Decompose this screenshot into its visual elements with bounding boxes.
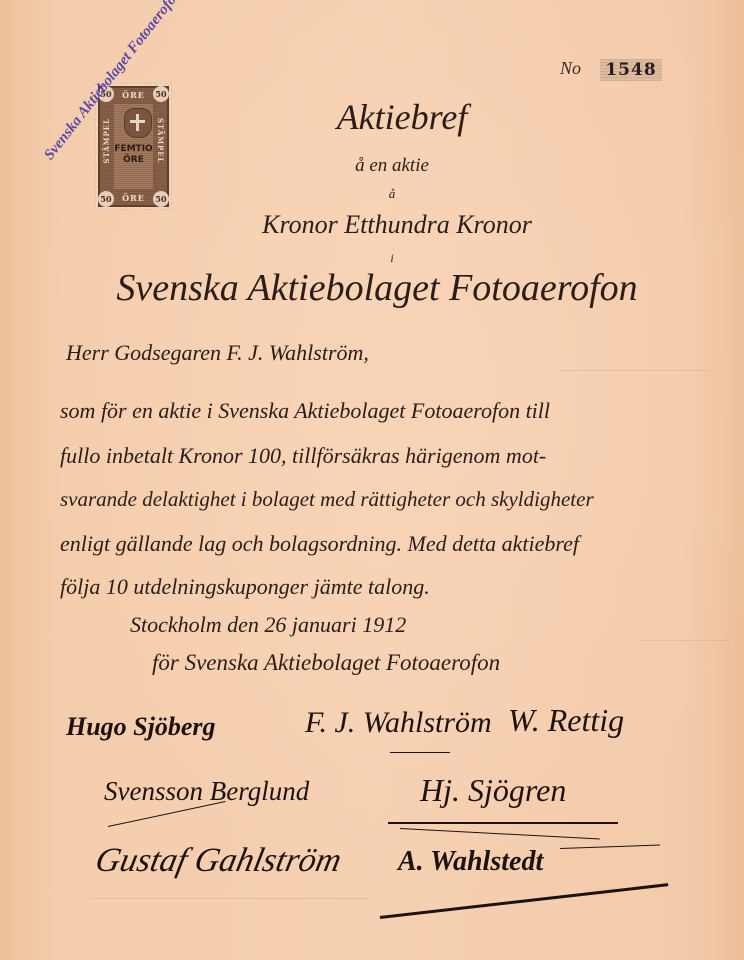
amount-line: Kronor Etthundra Kronor xyxy=(0,210,744,240)
place-and-date: Stockholm den 26 januari 1912 xyxy=(130,612,406,638)
share-certificate: No 1548 50 50 50 50 ÖRE ÖRE STÄMPEL STÄM… xyxy=(0,0,744,960)
signature-flourish xyxy=(560,845,660,849)
signature: F. J. Wahlström xyxy=(305,706,492,740)
body-line: fullo inbetalt Kronor 100, tillförsäkras… xyxy=(60,443,546,469)
faint-rule xyxy=(560,370,710,371)
certificate-number: 1548 xyxy=(600,59,662,81)
body-line: som för en aktie i Svenska Aktiebolaget … xyxy=(60,398,550,424)
faint-rule xyxy=(640,640,730,641)
signature: Hugo Sjöberg xyxy=(66,712,216,742)
signature-underline xyxy=(388,822,618,824)
signature-rule xyxy=(90,898,370,899)
signature: Gustaf Gahlström xyxy=(92,842,345,880)
connector-i: i xyxy=(0,251,744,266)
signature: A. Wahlstedt xyxy=(398,846,543,878)
addressee: Herr Godsegaren F. J. Wahlström, xyxy=(66,340,369,366)
signature: W. Rettig xyxy=(508,702,624,739)
signature-underline xyxy=(380,883,668,919)
signature-flourish xyxy=(390,752,450,753)
document-title: Aktiebref xyxy=(0,96,744,138)
subtitle-share: å en aktie xyxy=(0,155,744,177)
on-behalf-of: för Svenska Aktiebolaget Fotoaerofon xyxy=(152,650,500,676)
signature: Svensson Berglund xyxy=(104,776,309,807)
body-line: följa 10 utdelningskuponger jämte talong… xyxy=(60,574,430,600)
company-name: Svenska Aktiebolaget Fotoaerofon xyxy=(0,266,744,310)
body-line: enligt gällande lag och bolagsordning. M… xyxy=(60,531,579,557)
number-label: No xyxy=(560,58,581,79)
signature-underline xyxy=(400,828,600,839)
subtitle-at: å xyxy=(0,186,744,202)
body-line: svarande delaktighet i bolaget med rätti… xyxy=(60,487,594,512)
signature: Hj. Sjögren xyxy=(420,772,566,809)
stamp-value-line-1: FEMTIO xyxy=(100,144,167,155)
